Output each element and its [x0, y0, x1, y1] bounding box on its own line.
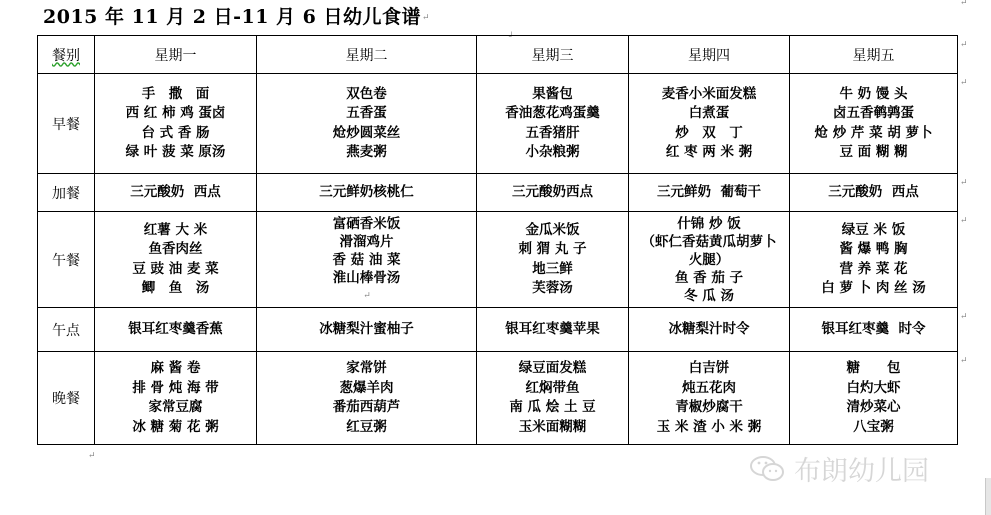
dish: 营 养 菜 花 [790, 260, 957, 280]
scrollbar-edge [985, 478, 991, 515]
dish: 双色卷 [257, 85, 476, 105]
dish: 红薯 大 米 [95, 221, 256, 241]
dish: 玉米面糊糊 [477, 418, 628, 438]
dish: 三元鲜奶 葡萄干 [629, 183, 789, 203]
menu-cell: 双色卷 五香蛋 炝炒圆菜丝 燕麦粥 [257, 74, 477, 174]
menu-cell: 三元酸奶 西点 [790, 174, 958, 212]
dish: 麦香小米面发糕 [629, 85, 789, 105]
meal-label-cell: 加餐 [38, 174, 95, 212]
dish: 南 瓜 烩 土 豆 [477, 398, 628, 418]
paragraph-mark: ↵ [88, 451, 96, 461]
paragraph-mark: ↵ [960, 178, 968, 188]
dish: 滑溜鸡片 [257, 233, 476, 251]
menu-cell: 手 撒 面 西 红 柿 鸡 蛋卤 台 式 香 肠 绿 叶 菠 菜 原汤 [95, 74, 257, 174]
meal-label-cell: 晚餐 [38, 352, 95, 445]
watermark-text: 布朗幼儿园 [794, 449, 929, 488]
dish: 八宝粥 [790, 418, 957, 438]
dish: 葱爆羊肉 [257, 379, 476, 399]
dish: 五香蛋 [257, 104, 476, 124]
wechat-icon [748, 454, 788, 484]
dish: 香 菇 油 菜 [257, 251, 476, 269]
meal-label-cell: 午餐 [38, 212, 95, 308]
paragraph-mark: ↵ [258, 287, 476, 305]
table-row-lunch: 午餐 红薯 大 米 鱼香肉丝 豆 豉 油 麦 菜 鲫 鱼 汤 富硒香米饭 滑溜鸡… [38, 212, 958, 308]
dish: 冰糖梨汁时令 [629, 320, 789, 340]
dish: 地三鲜 [477, 260, 628, 280]
menu-cell: 三元鲜奶 葡萄干 [629, 174, 790, 212]
dish: 红豆粥 [257, 418, 476, 438]
menu-cell: 银耳红枣羹苹果 [477, 308, 629, 352]
menu-cell: 牛 奶 馒 头 卤五香鹌鹑蛋 炝 炒 芹 菜 胡 萝卜 豆 面 糊 糊 [790, 74, 958, 174]
header-row: 餐别 星期一 星期二 星期三 星期四 星期五 [38, 36, 958, 74]
menu-cell: 家常饼 葱爆羊肉 番茄西葫芦 红豆粥 [257, 352, 477, 445]
paragraph-mark: ↵ [422, 13, 430, 23]
dish: 火腿） [629, 251, 789, 269]
dish: 三元酸奶 西点 [95, 183, 256, 203]
dish: 红 枣 两 米 粥 [629, 143, 789, 163]
dish: 冰 糖 菊 花 粥 [95, 418, 256, 438]
meal-label: 晚餐 [52, 391, 80, 407]
dish: 手 撒 面 [95, 85, 256, 105]
menu-cell: 果酱包 香油葱花鸡蛋羹 五香猪肝 小杂粮粥 [477, 74, 629, 174]
dish: 五香猪肝 [477, 124, 628, 144]
meal-label-cell: 午点 [38, 308, 95, 352]
dish: 淮山棒骨汤 [257, 269, 476, 287]
dish: 绿豆 米 饭 [790, 221, 957, 241]
dish: 家常豆腐 [95, 398, 256, 418]
dish: 酱 爆 鸭 胸 [790, 240, 957, 260]
header-cell-friday: 星期五 [790, 36, 958, 74]
dish: 刺 猬 丸 子 [477, 240, 628, 260]
paragraph-mark: ↵ [960, 0, 968, 8]
day-label: 星期五 [853, 48, 895, 64]
dish: 银耳红枣羹香蕉 [95, 320, 256, 340]
dish: 麻 酱 卷 [95, 359, 256, 379]
menu-cell: 银耳红枣羹 时令 [790, 308, 958, 352]
paragraph-mark: ↵ [960, 312, 968, 322]
paragraph-mark: ↵ [960, 216, 968, 226]
dish: 金瓜米饭 [477, 221, 628, 241]
menu-cell: 白吉饼 炖五花肉 青椒炒腐干 玉 米 渣 小 米 粥 [629, 352, 790, 445]
menu-cell: 麦香小米面发糕 白煮蛋 炒 双 丁 红 枣 两 米 粥 [629, 74, 790, 174]
dish: 白吉饼 [629, 359, 789, 379]
meal-label: 午餐 [52, 253, 80, 269]
category-label: 餐别 [52, 48, 80, 64]
table-row-snack: 加餐 三元酸奶 西点 三元鲜奶核桃仁 三元酸奶西点 三元鲜奶 葡萄干 三元酸奶 … [38, 174, 958, 212]
menu-cell: 三元鲜奶核桃仁 [257, 174, 477, 212]
dish: 三元酸奶 西点 [790, 183, 957, 203]
dish: 三元鲜奶核桃仁 [257, 183, 476, 203]
dish: 炝 炒 芹 菜 胡 萝卜 [790, 124, 957, 144]
dish: 西 红 柿 鸡 蛋卤 [95, 104, 256, 124]
dish: 小杂粮粥 [477, 143, 628, 163]
table-row-afternoon-snack: 午点 银耳红枣羹香蕉 冰糖梨汁蜜柚子 银耳红枣羹苹果 冰糖梨汁时令 银耳红枣羹 … [38, 308, 958, 352]
menu-cell: 麻 酱 卷 排 骨 炖 海 带 家常豆腐 冰 糖 菊 花 粥 [95, 352, 257, 445]
day-label: 星期四 [688, 48, 730, 64]
menu-cell: 绿豆 米 饭 酱 爆 鸭 胸 营 养 菜 花 白 萝 卜 肉 丝 汤 [790, 212, 958, 308]
dish: 豆 面 糊 糊 [790, 143, 957, 163]
day-label: 星期三 [532, 48, 574, 64]
dish: 清炒菜心 [790, 398, 957, 418]
dish: 卤五香鹌鹑蛋 [790, 104, 957, 124]
dish: 什锦 炒 饭 [629, 215, 789, 233]
menu-cell: 金瓜米饭 刺 猬 丸 子 地三鲜 芙蓉汤 [477, 212, 629, 308]
dish: 白煮蛋 [629, 104, 789, 124]
dish: 银耳红枣羹 时令 [790, 320, 957, 340]
header-cell-thursday: 星期四 [629, 36, 790, 74]
meal-label: 加餐 [52, 186, 80, 202]
dish: 炒 双 丁 [629, 124, 789, 144]
dish: （虾仁香菇黄瓜胡萝卜 [629, 233, 789, 251]
header-cell-category: 餐别 [38, 36, 95, 74]
table-row-dinner: 晚餐 麻 酱 卷 排 骨 炖 海 带 家常豆腐 冰 糖 菊 花 粥 家常饼 葱爆… [38, 352, 958, 445]
document-title: 2015 年 11 月 2 日-11 月 6 日幼儿食谱↵ [43, 2, 430, 29]
dish: 家常饼 [257, 359, 476, 379]
dish: 燕麦粥 [257, 143, 476, 163]
dish: 豆 豉 油 麦 菜 [95, 260, 256, 280]
dish: 青椒炒腐干 [629, 398, 789, 418]
dish: 香油葱花鸡蛋羹 [477, 104, 628, 124]
menu-cell: 红薯 大 米 鱼香肉丝 豆 豉 油 麦 菜 鲫 鱼 汤 [95, 212, 257, 308]
watermark: 布朗幼儿园 [748, 449, 929, 488]
menu-cell: 什锦 炒 饭 （虾仁香菇黄瓜胡萝卜 火腿） 鱼 香 茄 子 冬 瓜 汤 [629, 212, 790, 308]
dish: 排 骨 炖 海 带 [95, 379, 256, 399]
paragraph-mark: ↵ [960, 78, 968, 88]
paragraph-mark: ↵ [960, 40, 968, 50]
dish: 炝炒圆菜丝 [257, 124, 476, 144]
dish: 鲫 鱼 汤 [95, 279, 256, 299]
header-cell-tuesday: 星期二 [257, 36, 477, 74]
dish: 炖五花肉 [629, 379, 789, 399]
menu-cell: 糖 包 白灼大虾 清炒菜心 八宝粥 [790, 352, 958, 445]
day-label: 星期二 [346, 48, 388, 64]
dish: 冰糖梨汁蜜柚子 [257, 320, 476, 340]
dish: 玉 米 渣 小 米 粥 [629, 418, 789, 438]
dish: 绿豆面发糕 [477, 359, 628, 379]
header-cell-wednesday: 星期三 [477, 36, 629, 74]
document-title-text: 2015 年 11 月 2 日-11 月 6 日幼儿食谱 [43, 6, 421, 28]
paragraph-mark: ↵ [960, 356, 968, 366]
dish: 鱼香肉丝 [95, 240, 256, 260]
dish: 白 萝 卜 肉 丝 汤 [790, 279, 957, 299]
dish: 银耳红枣羹苹果 [477, 320, 628, 340]
menu-cell: 银耳红枣羹香蕉 [95, 308, 257, 352]
meal-label: 早餐 [52, 117, 80, 133]
dish: 富硒香米饭 [257, 215, 476, 233]
dish: 果酱包 [477, 85, 628, 105]
menu-cell: 三元酸奶 西点 [95, 174, 257, 212]
menu-cell: 富硒香米饭 滑溜鸡片 香 菇 油 菜 淮山棒骨汤 ↵ [257, 212, 477, 308]
dish: 番茄西葫芦 [257, 398, 476, 418]
dish: 绿 叶 菠 菜 原汤 [95, 143, 256, 163]
dish: 红焖带鱼 [477, 379, 628, 399]
menu-cell: 绿豆面发糕 红焖带鱼 南 瓜 烩 土 豆 玉米面糊糊 [477, 352, 629, 445]
dish: 三元酸奶西点 [477, 183, 628, 203]
dish: 芙蓉汤 [477, 279, 628, 299]
dish: 冬 瓜 汤 [629, 287, 789, 305]
table-row-breakfast: 早餐 手 撒 面 西 红 柿 鸡 蛋卤 台 式 香 肠 绿 叶 菠 菜 原汤 双… [38, 74, 958, 174]
dish: 鱼 香 茄 子 [629, 269, 789, 287]
meal-label-cell: 早餐 [38, 74, 95, 174]
menu-cell: 冰糖梨汁蜜柚子 [257, 308, 477, 352]
dish: 白灼大虾 [790, 379, 957, 399]
dish: 牛 奶 馒 头 [790, 85, 957, 105]
menu-cell: 三元酸奶西点 [477, 174, 629, 212]
menu-table: 餐别 星期一 星期二 星期三 星期四 星期五 早餐 手 撒 面 西 红 柿 鸡 … [37, 35, 958, 445]
dish: 糖 包 [790, 359, 957, 379]
menu-cell: 冰糖梨汁时令 [629, 308, 790, 352]
day-label: 星期一 [155, 48, 197, 64]
header-cell-monday: 星期一 [95, 36, 257, 74]
meal-label: 午点 [52, 323, 80, 339]
dish: 台 式 香 肠 [95, 124, 256, 144]
